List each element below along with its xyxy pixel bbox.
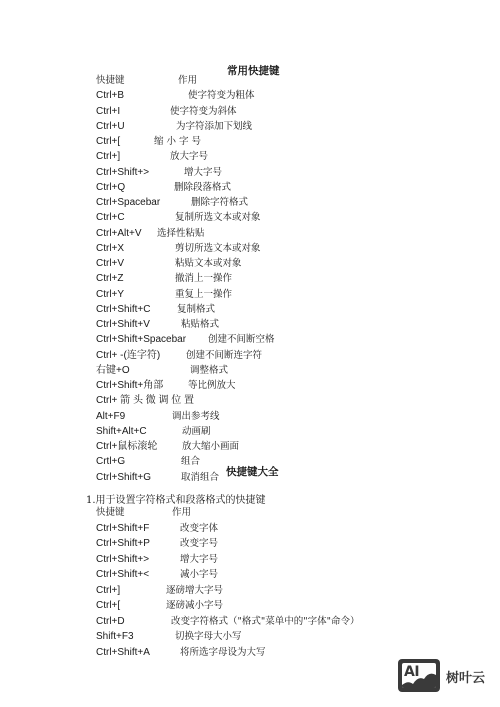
shortcut-description: 创建不间断空格	[208, 332, 275, 347]
shortcut-description: 作用	[178, 73, 197, 88]
subsection-heading: 1.用于设置字符格式和段落格式的快捷键	[86, 491, 266, 506]
section-title-text: 常用快捷键	[227, 63, 280, 78]
shortcut-description: 逐磅减小字号	[166, 598, 223, 613]
shortcut-description: 切换字母大小写	[175, 629, 242, 644]
shortcut-key: Ctrl+Shift+>	[96, 165, 149, 180]
shortcut-key: Ctrl+Q	[96, 180, 125, 195]
shortcut-description: 选择性粘贴	[157, 226, 205, 241]
watermark-logo-icon: AI	[398, 659, 440, 692]
shortcut-key: 右键+O	[96, 363, 130, 378]
shortcut-key: Ctrl+U	[96, 119, 125, 134]
shortcut-key: Ctrl+Shift+G	[96, 470, 151, 485]
shortcut-description: 重复上一操作	[175, 287, 232, 302]
shortcut-description: 增大字号	[180, 552, 218, 567]
shortcut-key: Ctrl+Shift+>	[96, 552, 149, 567]
shortcut-description: 动画刷	[182, 424, 211, 439]
shortcut-key: Ctrl+Shift+V	[96, 317, 150, 332]
shortcut-key: Ctrl+I	[96, 104, 120, 119]
shortcut-description: 作用	[172, 505, 191, 520]
shortcut-key: Ctrl+X	[96, 241, 124, 256]
shortcut-key: Ctrl+Shift+C	[96, 302, 150, 317]
shortcut-key: Alt+F9	[96, 409, 125, 424]
shortcut-key: Ctrl+Shift+Spacebar	[96, 332, 186, 347]
shortcut-key: Crtl+G	[96, 454, 125, 469]
shortcut-key: Ctrl+]	[96, 149, 120, 164]
shortcut-key: Shift+F3	[96, 629, 134, 644]
shortcut-description: 调出参考线	[172, 409, 220, 424]
shortcut-key: Ctrl+Y	[96, 287, 124, 302]
shortcut-key: Ctrl+C	[96, 210, 125, 225]
shortcut-description: 创建不间断连字符	[186, 348, 262, 363]
watermark-brand: 树叶云	[446, 667, 485, 686]
shortcut-description: 使字符变为斜体	[170, 104, 237, 119]
shortcut-description: 撤消上一操作	[175, 271, 232, 286]
shortcut-description: 逐磅增大字号	[166, 583, 223, 598]
shortcut-description: 改变字体	[180, 521, 218, 536]
shortcut-key: Ctrl+Z	[96, 271, 124, 286]
shortcut-description: 取消组合	[181, 470, 219, 485]
shortcut-description: 调整格式	[190, 363, 228, 378]
shortcut-description: 删除字符格式	[191, 195, 248, 210]
shortcut-description: 减小字号	[180, 567, 218, 582]
shortcut-description: 使字符变为粗体	[188, 88, 255, 103]
shortcut-description: 缩 小 字 号	[154, 134, 201, 149]
shortcut-key: Ctrl+[	[96, 134, 120, 149]
shortcut-key: Ctrl+Shift+角部	[96, 378, 163, 393]
shortcut-description: 等比例放大	[188, 378, 236, 393]
shortcut-description: 组合	[181, 454, 200, 469]
shortcut-key: Ctrl+Shift+<	[96, 567, 149, 582]
shortcut-description: 删除段落格式	[174, 180, 231, 195]
shortcut-key: Ctrl+ -(连字符)	[96, 348, 160, 363]
shortcut-key: Ctrl+Shift+F	[96, 521, 149, 536]
shortcut-key: Ctrl+ 箭 头 微 调 位 置	[96, 393, 194, 408]
shortcut-description: 改变字号	[180, 536, 218, 551]
shortcut-description: 复制格式	[177, 302, 215, 317]
shortcut-key: Ctrl+B	[96, 88, 124, 103]
shortcut-description: 为字符添加下划线	[176, 119, 252, 134]
shortcut-key: Ctrl+鼠标滚轮	[96, 439, 157, 454]
shortcut-key: Ctrl+D	[96, 614, 125, 629]
shortcut-key: Shift+Alt+C	[96, 424, 147, 439]
shortcut-description: 改变字符格式（"格式"菜单中的"字体"命令）	[171, 614, 359, 629]
shortcut-description: 复制所选文本或对象	[175, 210, 261, 225]
shortcut-description: 粘贴格式	[181, 317, 219, 332]
shortcut-key: 快捷键	[96, 505, 125, 520]
shortcut-description: 将所选字母设为大写	[180, 645, 266, 660]
shortcut-key: Ctrl+V	[96, 256, 124, 271]
mountain-icon	[402, 663, 436, 688]
shortcut-description: 粘贴文本或对象	[175, 256, 242, 271]
shortcut-description: 增大字号	[184, 165, 222, 180]
shortcut-key: Ctrl+]	[96, 583, 120, 598]
shortcut-key: Ctrl+Shift+P	[96, 536, 150, 551]
shortcut-description: 放大字号	[170, 149, 208, 164]
shortcut-key: 快捷键	[96, 73, 125, 88]
shortcut-description: 放大缩小画面	[182, 439, 239, 454]
section-title-text: 快捷键大全	[226, 464, 279, 479]
shortcut-description: 剪切所选文本或对象	[175, 241, 261, 256]
shortcut-key: Ctrl+[	[96, 598, 120, 613]
shortcut-key: Ctrl+Alt+V	[96, 226, 142, 241]
shortcut-key: Ctrl+Spacebar	[96, 195, 160, 210]
shortcut-key: Ctrl+Shift+A	[96, 645, 150, 660]
